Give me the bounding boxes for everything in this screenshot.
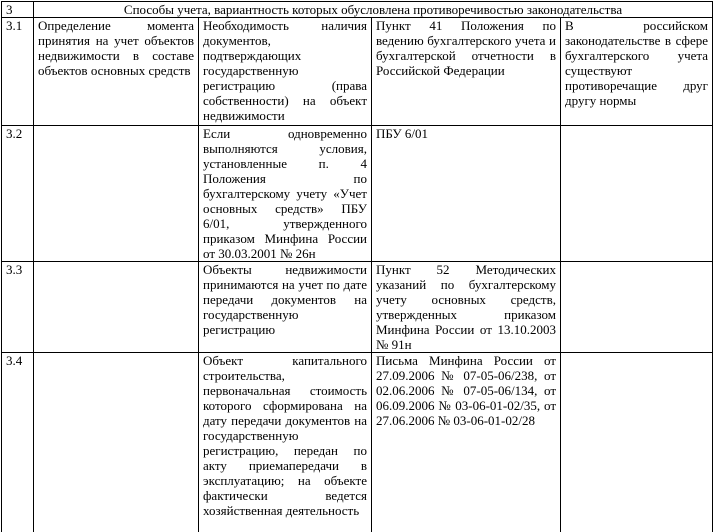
section-number: 3 xyxy=(2,2,34,18)
section-header-row: 3 Способы учета, вариантность которых об… xyxy=(2,2,713,18)
source-cell: Пункт 52 Методических указаний по бухгал… xyxy=(372,262,561,353)
section-title: Способы учета, вариантность которых обус… xyxy=(34,2,713,18)
issue-cell xyxy=(34,353,199,532)
source-cell: Пункт 41 Положения по ведению бухгалтерс… xyxy=(372,18,561,126)
issue-cell xyxy=(34,126,199,262)
comment-cell xyxy=(561,353,713,532)
row-number: 3.3 xyxy=(2,262,34,353)
accounting-methods-table: 3 Способы учета, вариантность которых об… xyxy=(1,1,713,532)
table-row: 3.4 Объект капитального строительства, п… xyxy=(2,353,713,532)
source-cell: Письма Минфина России от 27.09.2006 № 07… xyxy=(372,353,561,532)
issue-cell xyxy=(34,262,199,353)
table-row: 3.1 Определение момента принятия на учет… xyxy=(2,18,713,126)
comment-cell xyxy=(561,126,713,262)
source-cell: ПБУ 6/01 xyxy=(372,126,561,262)
table-row: 3.2 Если одновременно выполняются услови… xyxy=(2,126,713,262)
row-number: 3.1 xyxy=(2,18,34,126)
issue-cell: Определение момента принятия на учет объ… xyxy=(34,18,199,126)
comment-cell xyxy=(561,262,713,353)
condition-cell: Необходимость наличия документов, подтве… xyxy=(199,18,372,126)
table-row: 3.3 Объекты недвижимости принимаются на … xyxy=(2,262,713,353)
row-number: 3.4 xyxy=(2,353,34,532)
condition-cell: Объекты недвижимости принимаются на учет… xyxy=(199,262,372,353)
row-number: 3.2 xyxy=(2,126,34,262)
condition-cell: Объект капитального строительства, перво… xyxy=(199,353,372,532)
comment-cell: В российском законодательстве в сфере бу… xyxy=(561,18,713,126)
condition-cell: Если одновременно выполняются условия, у… xyxy=(199,126,372,262)
